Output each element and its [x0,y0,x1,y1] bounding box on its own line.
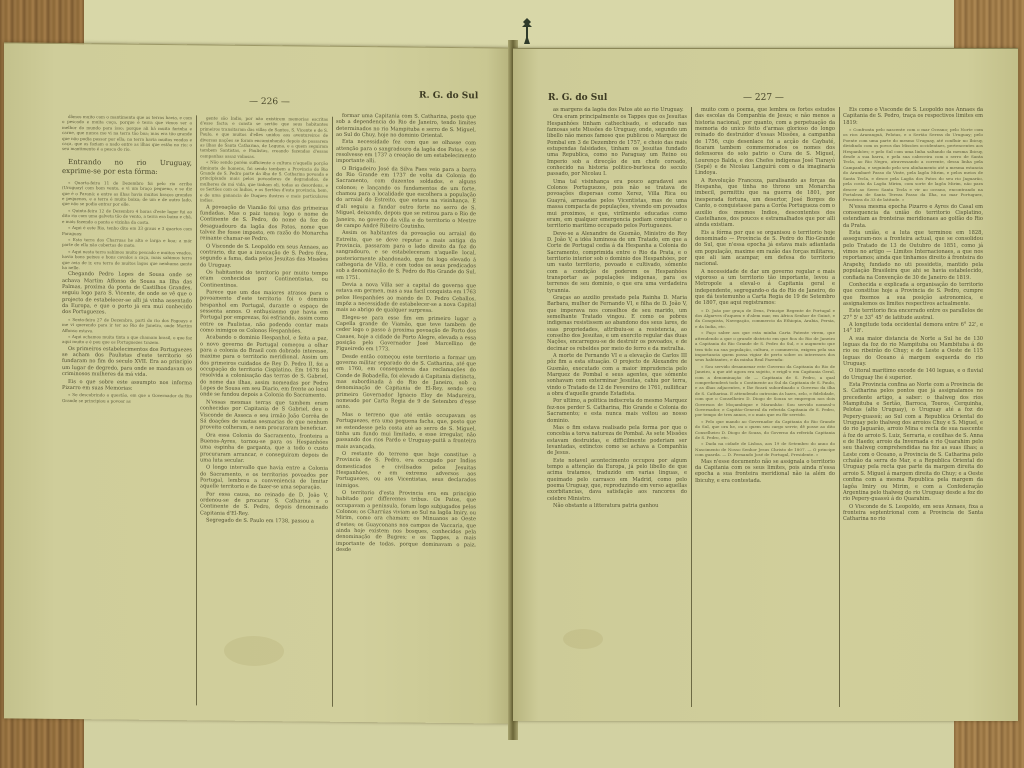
paragraph: « Quinta-feira 12 de Dezembro 4 horas d'… [62,208,192,226]
paragraph: Elegeu-se para esse fim em primeiro luga… [336,314,476,354]
paragraph: Desde então começou este territorio a fo… [336,354,476,413]
paragraph: as margens da lagôa dos Patos até ao rio… [547,107,687,113]
bookmark-clip-icon [520,18,534,44]
paper-stain [563,629,603,649]
text-column-2: gente são Indio, por não existirem memor… [200,115,328,711]
paragraph: O Brigadeiro José da Silva Paes veio par… [336,166,476,231]
paragraph: « Quarta-feira 11 de Dezembro foi pelo r… [62,180,192,208]
paragraph: Graças ao auxilio prestado pela Rainha D… [547,295,687,352]
paragraph: « Sexta-feira 27 de Dezembro, parti do r… [62,317,192,335]
right-page: R. G. do Sul — 227 — as margens da lagôa… [513,48,1018,721]
paragraph: « Sou servido desannexar este Governo da… [695,364,835,418]
running-head: R. G. do Sul [548,93,607,103]
paragraph: Parece que um dos maiores atrasos para o… [200,289,328,335]
paragraph: O Visconde de S. Leopoldo, em seus Annae… [843,504,983,523]
running-head: R. G. do Sul [419,91,478,102]
paragraph: A necessidade de dar um governo regular … [695,269,835,307]
left-page: — 226 — R. G. do Sul dâmos muito com o m… [4,42,512,723]
text-column-2: muito com o poema, que lembra os fortes … [695,107,835,707]
paragraph: Conhecida e explicada a organisação do t… [843,282,983,307]
paragraph: A sua maior distancia de Norte a Sul he … [843,336,983,368]
paragraph: Mas o fim estava realisado pela forma po… [547,425,687,457]
paragraph: gente são Indio, por não existirem memor… [200,115,328,160]
paragraph: Deve-se a Alexandre de Gusmão, Ministro … [547,231,687,294]
paragraph: Eis a fórma por que se organisou o terri… [695,230,835,268]
paragraph: dâmos muito com o mantimento que as terr… [62,114,192,153]
paragraph: Entrando no rio Uruguay, exprime-se por … [62,158,192,177]
paragraph: « Faço saber aos que esta minha Carta Pa… [695,330,835,362]
paragraph: Esta Provincia confina ao Norte com a Pr… [843,382,983,503]
paragraph: Os habitantes do territorio por muito te… [200,269,328,289]
paper-stain [224,636,284,667]
paragraph: N'essa mesma epocha Pizarro e Ayres do C… [843,204,983,229]
paragraph: Segregado de S. Paulo em 1738, passou a [200,517,328,525]
paragraph: Os primeiros estabelecimentos dos Portug… [62,346,192,379]
paragraph: « Confronta pelo nascente com o mar Ocea… [843,127,983,203]
paragraph: « Não sendo porém sufficiente a cultura … [200,160,328,205]
paragraph: Eis como o Visconde de S. Leopoldo nos A… [843,107,983,126]
paragraph: O longo intervallo que havia entre a Col… [200,465,328,492]
paragraph: « Esta terra dos Charruas he alta e larg… [62,237,192,249]
paragraph: O litoral maritimo excede de 140 leguas,… [843,368,983,381]
paragraph: Ora eram principalmente os Tappes que os… [547,114,687,177]
paragraph: Uma tal visinhança era pouco agradavel a… [547,179,687,230]
paragraph: Por essa causa, no reinado de D. João V,… [200,491,328,518]
paragraph: Chegando Pedro Lopes de Sousa onde se ac… [62,271,192,317]
paragraph: Ora essa Colonia do Sacramento, fronteir… [200,432,328,465]
page-number: — 227 — [743,93,784,103]
paragraph: Esta união, e a luta que terminou em 182… [843,230,983,281]
paragraph: A povoação de Viamão foi uma das primeir… [200,204,328,243]
paragraph: A Revolução Franceza, paralisando as for… [695,178,835,229]
paragraph: muito com o poema, que lembra os fortes … [695,107,835,177]
column-rule [196,115,197,705]
paragraph: A morte de Fernando VI e a elevação de C… [547,353,687,397]
paragraph: Acabando o dominio Hespanhol, e feita a … [200,335,328,400]
paragraph: Por ultimo, a politica indiscreta do mes… [547,398,687,423]
paragraph: formar uma Capitania com S. Catharina, p… [336,113,476,140]
text-column-3: formar uma Capitania com S. Catharina, p… [336,113,476,714]
paragraph: « Aqui é este Rio, tenho dito em 33 grau… [62,225,192,237]
column-rule [691,107,692,707]
page-number: — 226 — [249,97,290,107]
paragraph: N'essas mesmas terras que tambem eram co… [200,399,328,432]
paragraph: Este territorio fica encerrado entre os … [843,308,983,321]
paragraph: Não obstante a litteratura patria ganhou [547,503,687,509]
paragraph: « Aqui achamos muita tinta a que chamam … [62,334,192,346]
column-rule [839,107,840,707]
paragraph: « Pelo que mando ao Governador da Capita… [695,419,835,441]
paragraph: Devia a nova Villa ser a capital do gove… [336,282,476,315]
text-column-1: dâmos muito com o mantimento que as terr… [62,114,192,710]
paragraph: A longitude toda occidental demora entre… [843,322,983,335]
paragraph: « Dada na cidade de Lisboa, aos 19 de Se… [695,441,835,457]
paragraph: O restante do terreno que hoje constitue… [336,451,476,491]
paragraph: O territorio d'esta Provincia era em pri… [336,490,476,555]
paragraph: Eis o que sobre este assumpto nos inform… [62,378,192,392]
column-rule [332,117,333,707]
paragraph: Mas o terreno que até então occupavam os… [336,412,476,452]
paragraph: « D. João por graça de Deus, Principe Re… [695,308,835,330]
text-column-1: as margens da lagôa dos Patos até ao rio… [547,107,687,707]
paragraph: Assim os habitantes da povoação ou arrai… [336,230,476,282]
paragraph: Este notavel acontecimento occupou por a… [547,458,687,502]
paragraph: « Aqui nesta terra sahimos muito pescado… [62,249,192,272]
paragraph: Esta necessidade fez com que se olhasse … [336,139,476,166]
paragraph: O Visconde de S. Leopoldo em seus Annaes… [200,243,328,270]
paragraph: Mas n'esse documento não se assignala o … [695,459,835,484]
paragraph: « Se descobrindo a questão, em que o Gov… [62,392,192,404]
text-column-3: Eis como o Visconde de S. Leopoldo nos A… [843,107,983,707]
